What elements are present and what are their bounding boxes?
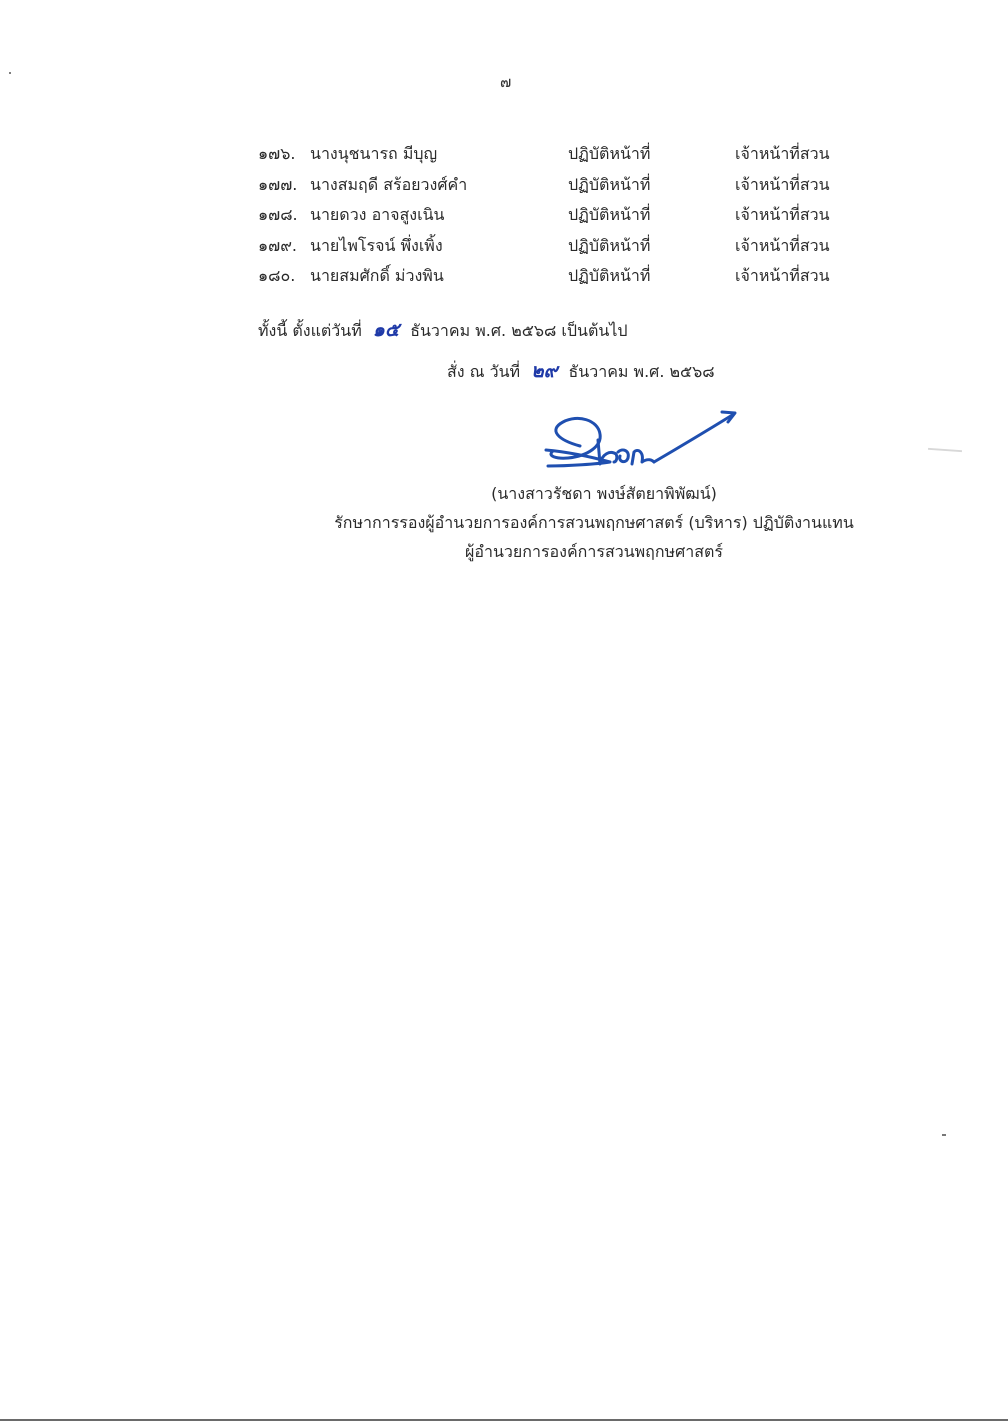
page-number: ๗ xyxy=(500,70,511,94)
document-page: ๗ ๑๗๖. นางนุชนารถ มีบุญ ปฏิบัติหน้าที่ เ… xyxy=(0,0,1008,1426)
effective-prefix: ทั้งนี้ ตั้งแต่วันที่ xyxy=(258,321,362,340)
roster-name: นางนุชนารถ มีบุญ xyxy=(310,142,437,166)
signature xyxy=(538,400,748,480)
order-prefix: สั่ง ณ วันที่ xyxy=(447,362,520,381)
roster-name: นายดวง อาจสูงเนิน xyxy=(310,203,444,227)
effective-suffix: ธันวาคม พ.ศ. ๒๕๖๘ เป็นต้นไป xyxy=(410,321,627,340)
roster-row: ๑๗๙. นายไพโรจน์ พึ่งเพิ้ง ปฏิบัติหน้าที่… xyxy=(258,234,858,265)
roster-position: เจ้าหน้าที่สวน xyxy=(735,264,830,288)
handwritten-order-day: ๒๙ xyxy=(528,360,560,382)
signer-name: (นางสาวรัชดา พงษ์สัตยาพิพัฒน์) xyxy=(0,482,1008,511)
roster-row: ๑๗๖. นางนุชนารถ มีบุญ ปฏิบัติหน้าที่ เจ้… xyxy=(258,142,858,173)
roster-duty: ปฏิบัติหน้าที่ xyxy=(568,234,650,258)
roster-row: ๑๗๗. นางสมฤดี สร้อยวงศ์คำ ปฏิบัติหน้าที่… xyxy=(258,173,858,204)
scan-bottom-edge xyxy=(0,1419,1008,1421)
roster-position: เจ้าหน้าที่สวน xyxy=(735,173,830,197)
order-suffix: ธันวาคม พ.ศ. ๒๕๖๘ xyxy=(569,362,715,381)
roster-number: ๑๗๖. xyxy=(258,142,295,166)
roster-row: ๑๗๘. นายดวง อาจสูงเนิน ปฏิบัติหน้าที่ เจ… xyxy=(258,203,858,234)
roster-position: เจ้าหน้าที่สวน xyxy=(735,234,830,258)
roster-duty: ปฏิบัติหน้าที่ xyxy=(568,264,650,288)
signer-title-line2: ผู้อำนวยการองค์การสวนพฤกษศาสตร์ xyxy=(0,540,1008,569)
scan-smudge xyxy=(928,448,962,452)
roster-name: นางสมฤดี สร้อยวงศ์คำ xyxy=(310,173,467,197)
signer-block: (นางสาวรัชดา พงษ์สัตยาพิพัฒน์) รักษาการร… xyxy=(0,482,1008,569)
roster-duty: ปฏิบัติหน้าที่ xyxy=(568,203,650,227)
roster-position: เจ้าหน้าที่สวน xyxy=(735,142,830,166)
staff-roster: ๑๗๖. นางนุชนารถ มีบุญ ปฏิบัติหน้าที่ เจ้… xyxy=(258,142,858,295)
roster-name: นายไพโรจน์ พึ่งเพิ้ง xyxy=(310,234,443,258)
roster-row: ๑๘๐. นายสมศักดิ์ ม่วงพิน ปฏิบัติหน้าที่ … xyxy=(258,264,858,295)
scan-speck xyxy=(9,72,11,74)
roster-number: ๑๘๐. xyxy=(258,264,295,288)
order-date-line: สั่ง ณ วันที่๒๙ธันวาคม พ.ศ. ๒๕๖๘ xyxy=(447,359,715,384)
roster-number: ๑๗๘. xyxy=(258,203,298,227)
roster-name: นายสมศักดิ์ ม่วงพิน xyxy=(310,264,444,288)
signer-title-line1: รักษาการรองผู้อำนวยการองค์การสวนพฤกษศาสต… xyxy=(0,511,1008,540)
roster-number: ๑๗๙. xyxy=(258,234,297,258)
scan-speck xyxy=(942,1134,946,1136)
roster-duty: ปฏิบัติหน้าที่ xyxy=(568,173,650,197)
effective-date-line: ทั้งนี้ ตั้งแต่วันที่๑๕ธันวาคม พ.ศ. ๒๕๖๘… xyxy=(258,318,628,343)
roster-number: ๑๗๗. xyxy=(258,173,297,197)
handwritten-effective-day: ๑๕ xyxy=(370,319,402,341)
roster-position: เจ้าหน้าที่สวน xyxy=(735,203,830,227)
roster-duty: ปฏิบัติหน้าที่ xyxy=(568,142,650,166)
